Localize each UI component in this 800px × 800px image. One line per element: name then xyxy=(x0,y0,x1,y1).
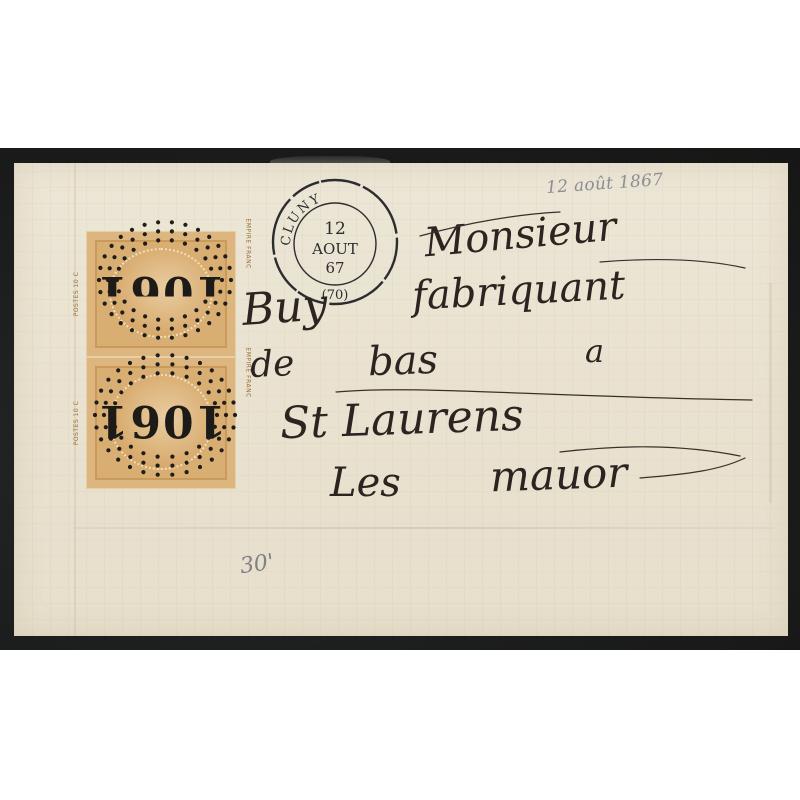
pencil-price-note: 30' xyxy=(238,550,275,579)
address-town: St Laurens xyxy=(279,390,524,449)
stamp-right-text: EMPIRE FRANC xyxy=(244,218,251,268)
postmark-day: 12 xyxy=(324,219,346,239)
postmark-town: CLUNY xyxy=(279,191,324,246)
address-line3-word: bas xyxy=(367,337,439,385)
stamp-cancel-number: 1061 xyxy=(87,395,235,446)
postmark-month: AOUT xyxy=(311,240,358,258)
stamp-bottom: POSTES 10 C EMPIRE FRANC 1061 xyxy=(87,358,235,488)
address-region: mauor xyxy=(489,448,628,502)
stamp-top: POSTES 10 C EMPIRE FRANC 1061 xyxy=(87,232,235,356)
stamp-left-text: POSTES 10 C xyxy=(73,272,80,317)
postmark-year: 67 xyxy=(325,259,344,277)
svg-text:CLUNY: CLUNY xyxy=(279,191,324,246)
address-line3-suffix: a xyxy=(585,332,604,370)
address-recipient-name: Buy xyxy=(240,279,329,336)
stamp-left-text: POSTES 10 C xyxy=(73,401,80,446)
address-line5-prefix: Les xyxy=(330,460,401,506)
address-line3-prefix: de xyxy=(249,343,295,386)
fold-line xyxy=(74,527,774,529)
